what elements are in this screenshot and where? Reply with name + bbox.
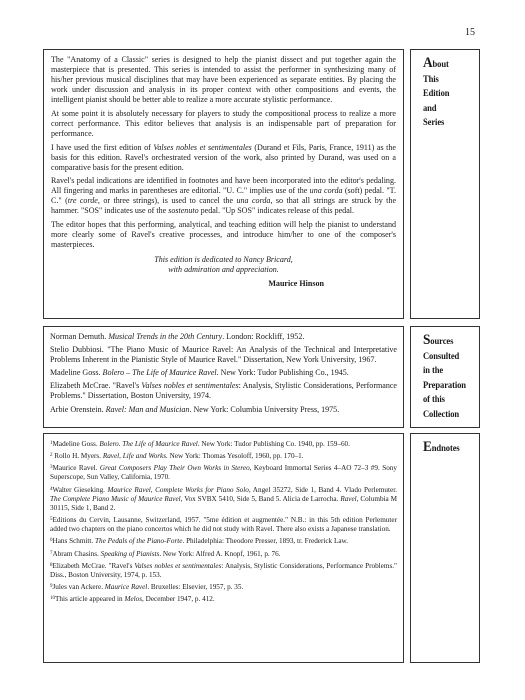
sources-heading-box: Sources Consulted in the Preparation of … — [410, 326, 480, 428]
endnote-item: 5Editions du Cervin, Lausanne, Switzerla… — [50, 516, 397, 534]
about-paragraph-5: The editor hopes that this performing, a… — [51, 220, 396, 250]
endnote-item: 6Hans Schmitt. The Pedals of the Piano-F… — [50, 537, 397, 546]
endnote-item: 9Jules van Ackere. Maurice Ravel. Bruxel… — [50, 583, 397, 592]
endnote-item: 8Elizabeth McCrae. "Ravel's Valses noble… — [50, 562, 397, 580]
about-text-box: The "Anatomy of a Classic" series is des… — [43, 49, 404, 319]
endnotes-heading-box: Endnotes — [410, 433, 480, 663]
sources-text-box: Norman Demuth. Musical Trends in the 20t… — [43, 326, 404, 428]
source-item: Elizabeth McCrae. "Ravel's Valses nobles… — [50, 381, 397, 401]
source-item: Stelio Dubbiosi. "The Piano Music of Mau… — [50, 345, 397, 365]
source-item: Arbie Orenstein. Ravel: Man and Musician… — [50, 405, 397, 415]
endnotes-text-box: 1Madeline Goss. Bolero. The Life of Maur… — [43, 433, 404, 663]
endnote-item: 2 Rollo H. Myers. Ravel, Life and Works.… — [50, 452, 397, 461]
about-heading-box: About This Edition and Series — [410, 49, 480, 319]
endnote-item: 3Maurice Ravel. Great Composers Play The… — [50, 464, 397, 482]
endnote-item: 7Abram Chasins. Speaking of Pianists. Ne… — [50, 550, 397, 559]
page-number: 15 — [465, 27, 475, 38]
endnote-item: 4Walter Gieseking. Maurice Ravel, Comple… — [50, 486, 397, 513]
endnote-item: 1Madeline Goss. Bolero. The Life of Maur… — [50, 440, 397, 449]
about-paragraph-3: I have used the first edition of Valses … — [51, 143, 396, 173]
signature: Maurice Hinson — [51, 279, 396, 289]
about-paragraph-1: The "Anatomy of a Classic" series is des… — [51, 55, 396, 105]
source-item: Norman Demuth. Musical Trends in the 20t… — [50, 332, 397, 342]
about-paragraph-4: Ravel's pedal indications are identified… — [51, 176, 396, 216]
source-item: Madeline Goss. Bolero – The Life of Maur… — [50, 368, 397, 378]
endnote-item: 10This article appeared in Melos, Decemb… — [50, 595, 397, 604]
endnotes-heading: Endnotes — [411, 434, 474, 457]
about-paragraph-2: At some point it is absolutely necessary… — [51, 109, 396, 139]
about-heading: About This Edition and Series — [411, 50, 474, 131]
sources-heading: Sources Consulted in the Preparation of … — [411, 327, 474, 422]
dedication: This edition is dedicated to Nancy Brica… — [51, 255, 396, 275]
